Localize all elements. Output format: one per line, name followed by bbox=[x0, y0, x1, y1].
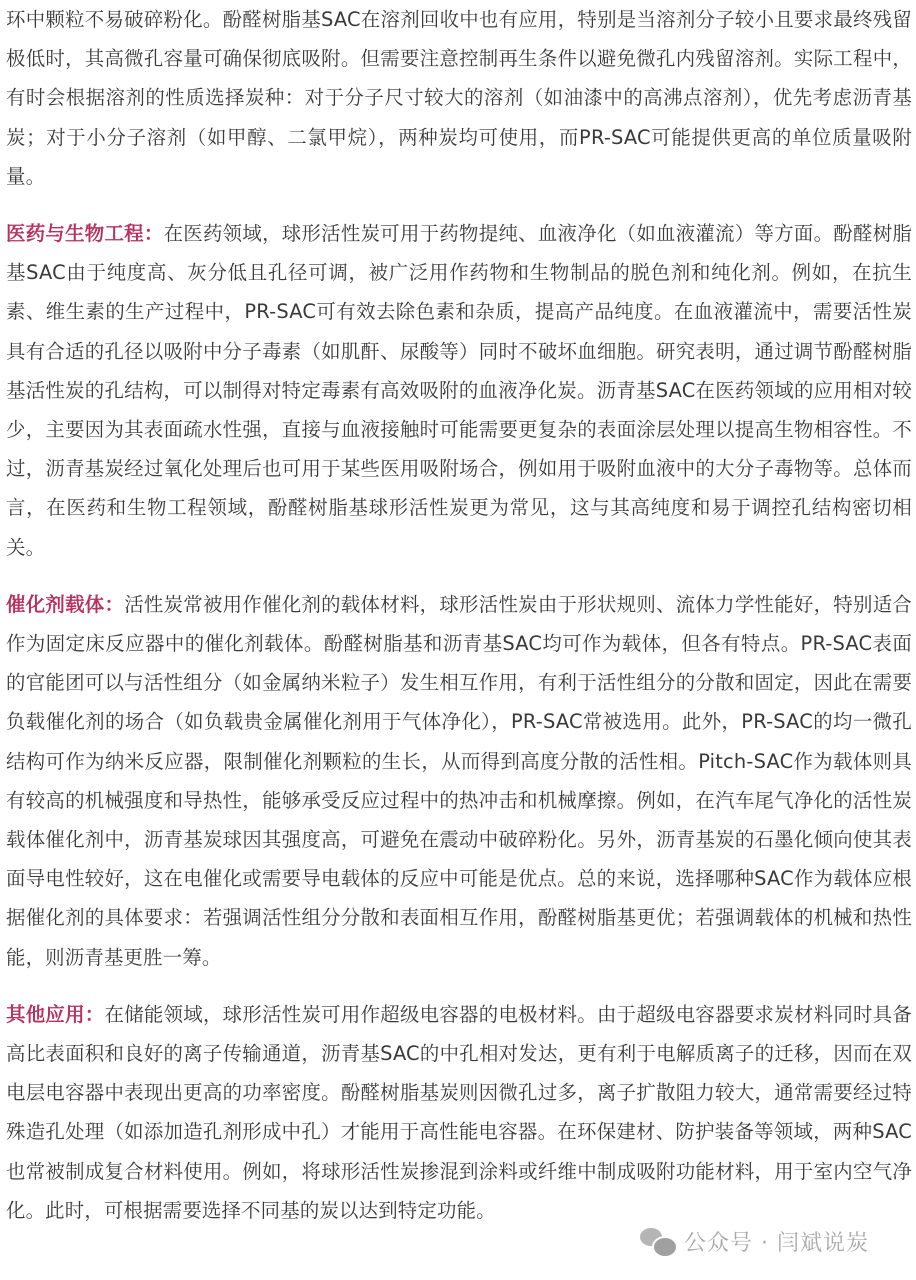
section-heading: 医药与生物工程： bbox=[6, 222, 164, 245]
article-body: 环中颗粒不易破碎粉化。酚醛树脂基SAC在溶剂回收中也有应用，特别是当溶剂分子较小… bbox=[6, 0, 912, 1230]
paragraph-medicine-bioengineering: 医药与生物工程：在医药领域，球形活性炭可用于药物提纯、血液净化（如血液灌流）等方… bbox=[6, 214, 912, 567]
watermark: 公众号 · 闫斌说炭 bbox=[640, 1226, 869, 1257]
paragraph-text: 在医药领域，球形活性炭可用于药物提纯、血液净化（如血液灌流）等方面。酚醛树脂基S… bbox=[6, 222, 912, 559]
paragraph-catalyst-support: 催化剂载体：活性炭常被用作催化剂的载体材料，球形活性炭由于形状规则、流体力学性能… bbox=[6, 585, 912, 977]
wechat-icon bbox=[640, 1228, 676, 1256]
paragraph-text: 环中颗粒不易破碎粉化。酚醛树脂基SAC在溶剂回收中也有应用，特别是当溶剂分子较小… bbox=[6, 8, 912, 188]
paragraph-text: 活性炭常被用作催化剂的载体材料，球形活性炭由于形状规则、流体力学性能好，特别适合… bbox=[6, 593, 912, 969]
paragraph-solvent-recovery: 环中颗粒不易破碎粉化。酚醛树脂基SAC在溶剂回收中也有应用，特别是当溶剂分子较小… bbox=[6, 0, 912, 196]
section-heading: 催化剂载体： bbox=[6, 593, 124, 616]
watermark-text: 公众号 · 闫斌说炭 bbox=[684, 1226, 869, 1257]
paragraph-text: 在储能领域，球形活性炭可用作超级电容器的电极材料。由于超级电容器要求炭材料同时具… bbox=[6, 1003, 912, 1222]
paragraph-other-applications: 其他应用：在储能领域，球形活性炭可用作超级电容器的电极材料。由于超级电容器要求炭… bbox=[6, 995, 912, 1230]
section-heading: 其他应用： bbox=[6, 1003, 105, 1026]
